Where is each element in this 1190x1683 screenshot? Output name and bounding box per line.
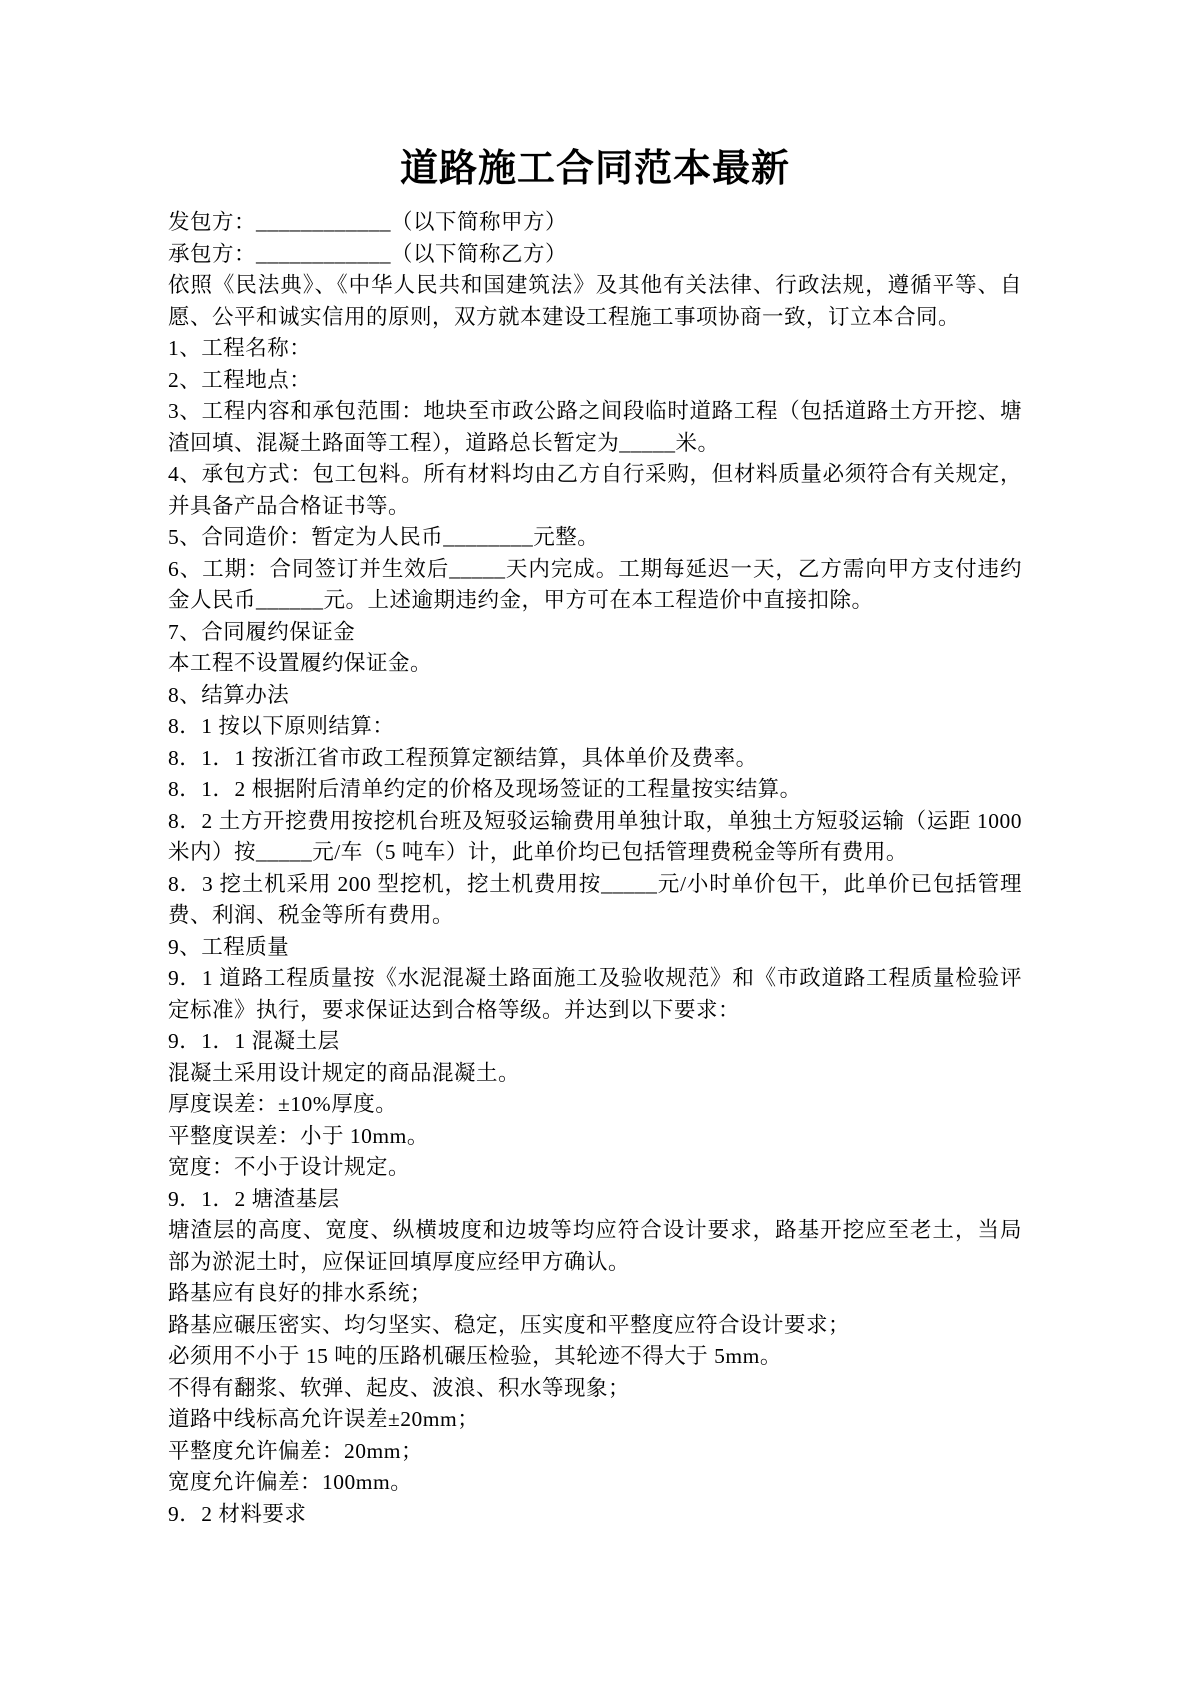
paragraph-base-layer-spec: 塘渣层的高度、宽度、纵横坡度和边坡等均应符合设计要求，路基开挖应至老土，当局部为…: [168, 1215, 1022, 1278]
paragraph-clause-8-1-2: 8．1．2 根据附后清单约定的价格及现场签证的工程量按实结算。: [168, 774, 1022, 806]
paragraph-clause-8-1-1: 8．1．1 按浙江省市政工程预算定额结算，具体单价及费率。: [168, 743, 1022, 775]
paragraph-thickness-tolerance: 厚度误差：±10%厚度。: [168, 1089, 1022, 1121]
paragraph-clause-1: 1、工程名称：: [168, 333, 1022, 365]
paragraph-clause-9-1-2: 9．1．2 塘渣基层: [168, 1184, 1022, 1216]
paragraph-clause-3: 3、工程内容和承包范围：地块至市政公路之间段临时道路工程（包括道路土方开挖、塘渣…: [168, 396, 1022, 459]
paragraph-clause-8-2: 8．2 土方开挖费用按挖机台班及短驳运输费用单独计取，单独土方短驳运输（运距 1…: [168, 806, 1022, 869]
paragraph-clause-9-2: 9．2 材料要求: [168, 1499, 1022, 1531]
paragraph-clause-2: 2、工程地点：: [168, 365, 1022, 397]
paragraph-party-b: 承包方：____________（以下简称乙方）: [168, 239, 1022, 271]
paragraph-clause-8: 8、结算办法: [168, 680, 1022, 712]
paragraph-compaction-spec: 路基应碾压密实、均匀坚实、稳定，压实度和平整度应符合设计要求；: [168, 1310, 1022, 1342]
paragraph-clause-9: 9、工程质量: [168, 932, 1022, 964]
paragraph-clause-5: 5、合同造价：暂定为人民币________元整。: [168, 522, 1022, 554]
paragraph-clause-6: 6、工期：合同签订并生效后_____天内完成。工期每延迟一天，乙方需向甲方支付违…: [168, 554, 1022, 617]
document-content: 道路施工合同范本最新 发包方：____________（以下简称甲方） 承包方：…: [0, 0, 1190, 1530]
paragraph-concrete-spec: 混凝土采用设计规定的商品混凝土。: [168, 1058, 1022, 1090]
document-body: 发包方：____________（以下简称甲方） 承包方：___________…: [168, 207, 1022, 1530]
paragraph-width-spec: 宽度：不小于设计规定。: [168, 1152, 1022, 1184]
paragraph-clause-8-1: 8．1 按以下原则结算：: [168, 711, 1022, 743]
paragraph-centerline-tolerance: 道路中线标高允许误差±20mm；: [168, 1404, 1022, 1436]
paragraph-preamble: 依照《民法典》、《中华人民共和国建筑法》及其他有关法律、行政法规，遵循平等、自愿…: [168, 270, 1022, 333]
paragraph-roller-spec: 必须用不小于 15 吨的压路机碾压检验，其轮迹不得大于 5mm。: [168, 1341, 1022, 1373]
paragraph-flatness-deviation: 平整度允许偏差：20mm；: [168, 1436, 1022, 1468]
paragraph-clause-9-1: 9．1 道路工程质量按《水泥混凝土路面施工及验收规范》和《市政道路工程质量检验评…: [168, 963, 1022, 1026]
paragraph-clause-7-body: 本工程不设置履约保证金。: [168, 648, 1022, 680]
paragraph-party-a: 发包方：____________（以下简称甲方）: [168, 207, 1022, 239]
paragraph-clause-7: 7、合同履约保证金: [168, 617, 1022, 649]
paragraph-width-deviation: 宽度允许偏差：100mm。: [168, 1467, 1022, 1499]
paragraph-drainage-spec: 路基应有良好的排水系统；: [168, 1278, 1022, 1310]
contract-document-page: 道路施工合同范本最新 发包方：____________（以下简称甲方） 承包方：…: [0, 0, 1190, 1683]
paragraph-clause-4: 4、承包方式：包工包料。所有材料均由乙方自行采购，但材料质量必须符合有关规定，并…: [168, 459, 1022, 522]
paragraph-clause-8-3: 8．3 挖土机采用 200 型挖机，挖土机费用按_____元/小时单价包干，此单…: [168, 869, 1022, 932]
paragraph-defects-spec: 不得有翻浆、软弹、起皮、波浪、积水等现象；: [168, 1373, 1022, 1405]
paragraph-flatness-tolerance: 平整度误差：小于 10mm。: [168, 1121, 1022, 1153]
paragraph-clause-9-1-1: 9．1．1 混凝土层: [168, 1026, 1022, 1058]
document-title: 道路施工合同范本最新: [168, 143, 1022, 195]
